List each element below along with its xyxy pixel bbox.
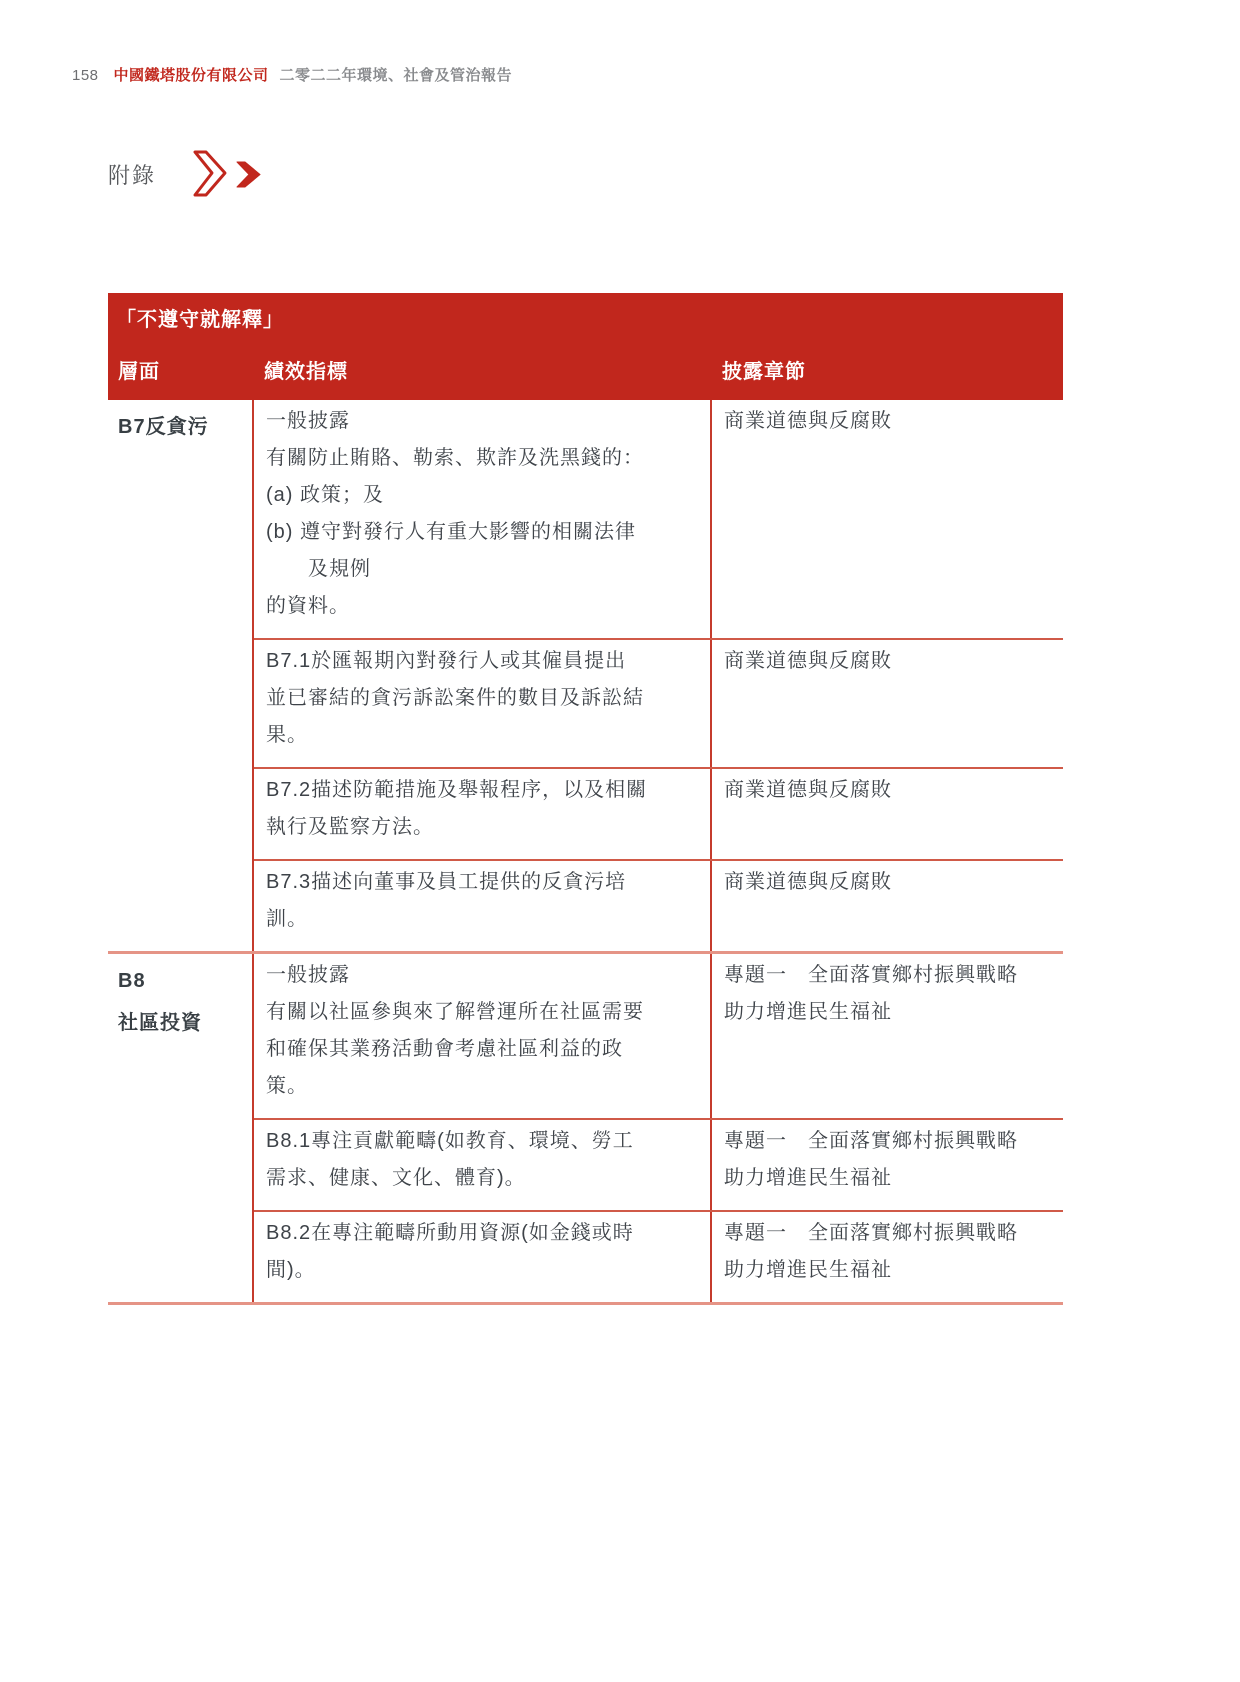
table-row-b8-2: B8.2在專注範疇所動用資源(如金錢或時間)。 專題一 全面落實鄉村振興戰略助力…: [254, 1210, 1063, 1302]
text-line: 執行及監察方法。: [266, 809, 702, 846]
kpi-cell: B8.1專注貢獻範疇(如教育、環境、勞工需求、健康、文化、體育)。: [254, 1120, 710, 1210]
table-row-b7-3: B7.3描述向董事及員工提供的反貪污培訓。 商業道德與反腐敗: [254, 859, 1063, 951]
kpi-cell: 一般披露有關防止賄賂、勒索、欺詐及洗黑錢的：(a) 政策；及(b) 遵守對發行人…: [254, 400, 710, 638]
column-header-kpi: 績效指標: [252, 358, 710, 387]
aspect-cell-b7: B7反貪污: [108, 400, 252, 951]
disclosure-cell: 專題一 全面落實鄉村振興戰略助力增進民生福祉: [710, 1120, 1063, 1210]
table-header-band: 「不遵守就解釋」 層面 績效指標 披露章節: [108, 293, 1063, 400]
text-line: B8.2在專注範疇所動用資源(如金錢或時: [266, 1215, 702, 1252]
text-line: 商業道德與反腐敗: [724, 864, 1055, 901]
chevron-right-filled-icon: [236, 161, 261, 188]
text-line: 助力增進民生福祉: [724, 1252, 1055, 1289]
text-line: 需求、健康、文化、體育)。: [266, 1160, 702, 1197]
disclosure-cell: 專題一 全面落實鄉村振興戰略助力增進民生福祉: [710, 954, 1063, 1118]
table-row-b8-general: 一般披露有關以社區參與來了解營運所在社區需要和確保其業務活動會考慮社區利益的政策…: [254, 954, 1063, 1118]
disclosure-cell: 商業道德與反腐敗: [710, 400, 1063, 638]
table-title: 「不遵守就解釋」: [108, 305, 1063, 335]
text-line: 果。: [266, 717, 702, 754]
kpi-cell: B7.1於匯報期內對發行人或其僱員提出並已審結的貪污訴訟案件的數目及訴訟結果。: [254, 640, 710, 767]
text-line: 間)。: [266, 1252, 702, 1289]
text-line: 專題一 全面落實鄉村振興戰略: [724, 957, 1055, 994]
text-line: (b) 遵守對發行人有重大影響的相關法律: [266, 514, 702, 551]
disclosure-cell: 商業道德與反腐敗: [710, 640, 1063, 767]
text-line: 專題一 全面落實鄉村振興戰略: [724, 1215, 1055, 1252]
table-row-b8-1: B8.1專注貢獻範疇(如教育、環境、勞工需求、健康、文化、體育)。 專題一 全面…: [254, 1118, 1063, 1210]
text-line: 助力增進民生福祉: [724, 994, 1055, 1031]
table-column-headers: 層面 績效指標 披露章節: [108, 358, 1063, 387]
text-line: (a) 政策；及: [266, 477, 702, 514]
text-line: B7反貪污: [118, 406, 248, 448]
chevron-right-outline-icon: [188, 148, 234, 200]
report-title: 二零二二年環境、社會及管治報告: [280, 64, 513, 85]
text-line: 助力增進民生福祉: [724, 1160, 1055, 1197]
text-line: 一般披露: [266, 403, 702, 440]
appendix-title: 附錄: [108, 159, 156, 190]
text-line: 社區投資: [118, 1002, 248, 1044]
text-line: 並已審結的貪污訴訟案件的數目及訴訟結: [266, 680, 702, 717]
text-line: 商業道德與反腐敗: [724, 403, 1055, 440]
text-line: 專題一 全面落實鄉村振興戰略: [724, 1123, 1055, 1160]
text-line: B7.2描述防範措施及舉報程序，以及相關: [266, 772, 702, 809]
comply-or-explain-table: 「不遵守就解釋」 層面 績效指標 披露章節 B7反貪污 一般披露有關防止賄賂、勒…: [108, 293, 1063, 1305]
text-line: 及規例: [266, 551, 702, 588]
disclosure-cell: 專題一 全面落實鄉村振興戰略助力增進民生福祉: [710, 1212, 1063, 1302]
column-header-disclosure: 披露章節: [710, 358, 1063, 387]
appendix-heading: 附錄: [108, 144, 261, 204]
aspect-group-b7: B7反貪污 一般披露有關防止賄賂、勒索、欺詐及洗黑錢的：(a) 政策；及(b) …: [108, 400, 1063, 951]
table-row-b7-2: B7.2描述防範措施及舉報程序，以及相關執行及監察方法。 商業道德與反腐敗: [254, 767, 1063, 859]
kpi-cell: B7.2描述防範措施及舉報程序，以及相關執行及監察方法。: [254, 769, 710, 859]
table-row-b7-general: 一般披露有關防止賄賂、勒索、欺詐及洗黑錢的：(a) 政策；及(b) 遵守對發行人…: [254, 400, 1063, 638]
aspect-group-b8: B8社區投資 一般披露有關以社區參與來了解營運所在社區需要和確保其業務活動會考慮…: [108, 951, 1063, 1302]
kpi-cell: B7.3描述向董事及員工提供的反貪污培訓。: [254, 861, 710, 951]
aspect-group-b7-rows: 一般披露有關防止賄賂、勒索、欺詐及洗黑錢的：(a) 政策；及(b) 遵守對發行人…: [252, 400, 1063, 951]
kpi-cell: B8.2在專注範疇所動用資源(如金錢或時間)。: [254, 1212, 710, 1302]
text-line: 訓。: [266, 901, 702, 938]
text-line: 商業道德與反腐敗: [724, 643, 1055, 680]
text-line: B7.3描述向董事及員工提供的反貪污培: [266, 864, 702, 901]
disclosure-cell: 商業道德與反腐敗: [710, 861, 1063, 951]
aspect-cell-b8: B8社區投資: [108, 954, 252, 1302]
report-page: 158 中國鐵塔股份有限公司 二零二二年環境、社會及管治報告 附錄 「不遵守就解…: [0, 0, 1240, 1682]
disclosure-cell: 商業道德與反腐敗: [710, 769, 1063, 859]
column-header-aspect: 層面: [108, 358, 252, 387]
text-line: 一般披露: [266, 957, 702, 994]
text-line: 商業道德與反腐敗: [724, 772, 1055, 809]
text-line: 有關以社區參與來了解營運所在社區需要: [266, 994, 702, 1031]
company-name: 中國鐵塔股份有限公司: [114, 64, 269, 85]
text-line: 和確保其業務活動會考慮社區利益的政: [266, 1031, 702, 1068]
text-line: 策。: [266, 1068, 702, 1105]
text-line: B8: [118, 960, 248, 1002]
text-line: B8.1專注貢獻範疇(如教育、環境、勞工: [266, 1123, 702, 1160]
table-row-b7-1: B7.1於匯報期內對發行人或其僱員提出並已審結的貪污訴訟案件的數目及訴訟結果。 …: [254, 638, 1063, 767]
text-line: B7.1於匯報期內對發行人或其僱員提出: [266, 643, 702, 680]
page-number: 158: [72, 67, 99, 84]
page-header: 158 中國鐵塔股份有限公司 二零二二年環境、社會及管治報告: [72, 64, 512, 85]
aspect-group-b8-rows: 一般披露有關以社區參與來了解營運所在社區需要和確保其業務活動會考慮社區利益的政策…: [252, 954, 1063, 1302]
text-line: 有關防止賄賂、勒索、欺詐及洗黑錢的：: [266, 440, 702, 477]
kpi-cell: 一般披露有關以社區參與來了解營運所在社區需要和確保其業務活動會考慮社區利益的政策…: [254, 954, 710, 1118]
text-line: 的資料。: [266, 588, 702, 625]
table-body: B7反貪污 一般披露有關防止賄賂、勒索、欺詐及洗黑錢的：(a) 政策；及(b) …: [108, 400, 1063, 1305]
